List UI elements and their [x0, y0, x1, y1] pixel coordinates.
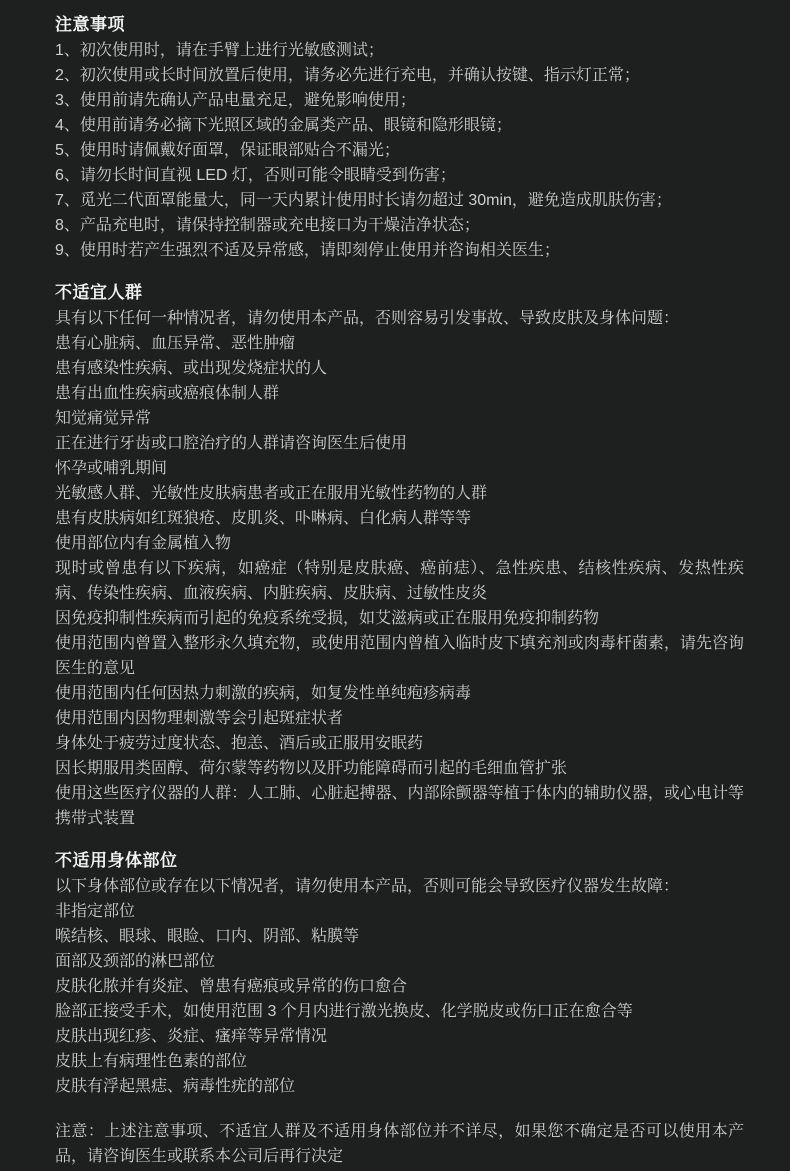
unsuitable-body-parts-list: 非指定部位喉结核、眼球、眼睑、口内、阴部、粘膜等面部及颈部的淋巴部位皮肤化脓并有…: [55, 899, 744, 1099]
list-line: 9、使用时若产生强烈不适及异常感，请即刻停止使用并咨询相关医生；: [55, 238, 744, 263]
list-line: 使用范围内因物理刺激等会引起斑症状者: [55, 706, 744, 731]
list-line: 非指定部位: [55, 899, 744, 924]
list-line: 面部及颈部的淋巴部位: [55, 949, 744, 974]
list-line: 7、觅光二代面罩能量大，同一天内累计使用时长请勿超过 30min，避免造成肌肤伤…: [55, 188, 744, 213]
list-line: 知觉痛觉异常: [55, 406, 744, 431]
list-line: 患有感染性疾病、或出现发烧症状的人: [55, 356, 744, 381]
list-line: 使用部位内有金属植入物: [55, 531, 744, 556]
list-line: 1、初次使用时，请在手臂上进行光敏感测试；: [55, 38, 744, 63]
unsuitable-body-parts-intro: 以下身体部位或存在以下情况者，请勿使用本产品，否则可能会导致医疗仪器发生故障：: [55, 874, 744, 899]
section-precautions: 注意事项 1、初次使用时，请在手臂上进行光敏感测试；2、初次使用或长时间放置后使…: [55, 12, 744, 263]
list-line: 5、使用时请佩戴好面罩，保证眼部贴合不漏光；: [55, 138, 744, 163]
list-line: 喉结核、眼球、眼睑、口内、阴部、粘膜等: [55, 924, 744, 949]
footnote: 注意：上述注意事项、不适宜人群及不适用身体部位并不详尽，如果您不确定是否可以使用…: [55, 1119, 744, 1169]
list-line: 因长期服用类固醇、荷尔蒙等药物以及肝功能障碍而引起的毛细血管扩张: [55, 756, 744, 781]
unsuitable-people-intro: 具有以下任何一种情况者，请勿使用本产品，否则容易引发事故、导致皮肤及身体问题：: [55, 306, 744, 331]
list-line: 脸部正接受手术，如使用范围 3 个月内进行激光换皮、化学脱皮或伤口正在愈合等: [55, 999, 744, 1024]
list-line: 患有皮肤病如红斑狼疮、皮肌炎、卟啉病、白化病人群等等: [55, 506, 744, 531]
list-line: 现时或曾患有以下疾病，如癌症（特别是皮肤癌、癌前痣）、急性疾患、结核性疾病、发热…: [55, 556, 744, 606]
list-line: 正在进行牙齿或口腔治疗的人群请咨询医生后使用: [55, 431, 744, 456]
list-line: 因免疫抑制性疾病而引起的免疫系统受损，如艾滋病或正在服用免疫抑制药物: [55, 606, 744, 631]
list-line: 8、产品充电时，请保持控制器或充电接口为干燥洁净状态；: [55, 213, 744, 238]
list-line: 光敏感人群、光敏性皮肤病患者或正在服用光敏性药物的人群: [55, 481, 744, 506]
list-line: 皮肤有浮起黑痣、病毒性疣的部位: [55, 1074, 744, 1099]
list-line: 患有出血性疾病或癌痕体制人群: [55, 381, 744, 406]
list-line: 怀孕或哺乳期间: [55, 456, 744, 481]
list-line: 皮肤出现红疹、炎症、瘙痒等异常情况: [55, 1024, 744, 1049]
precautions-document: 注意事项 1、初次使用时，请在手臂上进行光敏感测试；2、初次使用或长时间放置后使…: [0, 0, 790, 1169]
list-line: 6、请勿长时间直视 LED 灯，否则可能令眼睛受到伤害；: [55, 163, 744, 188]
list-line: 2、初次使用或长时间放置后使用，请务必先进行充电，并确认按键、指示灯正常；: [55, 63, 744, 88]
list-line: 使用范围内曾置入整形永久填充物，或使用范围内曾植入临时皮下填充剂或肉毒杆菌素，请…: [55, 631, 744, 681]
list-line: 身体处于疲劳过度状态、抱恙、酒后或正服用安眠药: [55, 731, 744, 756]
list-line: 3、使用前请先确认产品电量充足，避免影响使用；: [55, 88, 744, 113]
section-unsuitable-people-heading: 不适宜人群: [55, 280, 744, 305]
list-line: 皮肤上有病理性色素的部位: [55, 1049, 744, 1074]
section-unsuitable-people: 不适宜人群 具有以下任何一种情况者，请勿使用本产品，否则容易引发事故、导致皮肤及…: [55, 280, 744, 831]
list-line: 皮肤化脓并有炎症、曾患有癌痕或异常的伤口愈合: [55, 974, 744, 999]
section-precautions-heading: 注意事项: [55, 12, 744, 37]
unsuitable-people-list: 患有心脏病、血压异常、恶性肿瘤患有感染性疾病、或出现发烧症状的人患有出血性疾病或…: [55, 331, 744, 831]
list-line: 使用范围内任何因热力刺激的疾病，如复发性单纯疱疹病毒: [55, 681, 744, 706]
section-unsuitable-body-parts-heading: 不适用身体部位: [55, 848, 744, 873]
section-unsuitable-body-parts: 不适用身体部位 以下身体部位或存在以下情况者，请勿使用本产品，否则可能会导致医疗…: [55, 848, 744, 1099]
precautions-list: 1、初次使用时，请在手臂上进行光敏感测试；2、初次使用或长时间放置后使用，请务必…: [55, 38, 744, 263]
list-line: 使用这些医疗仪器的人群：人工肺、心脏起搏器、内部除颤器等植于体内的辅助仪器，或心…: [55, 781, 744, 831]
list-line: 患有心脏病、血压异常、恶性肿瘤: [55, 331, 744, 356]
list-line: 4、使用前请务必摘下光照区域的金属类产品、眼镜和隐形眼镜；: [55, 113, 744, 138]
